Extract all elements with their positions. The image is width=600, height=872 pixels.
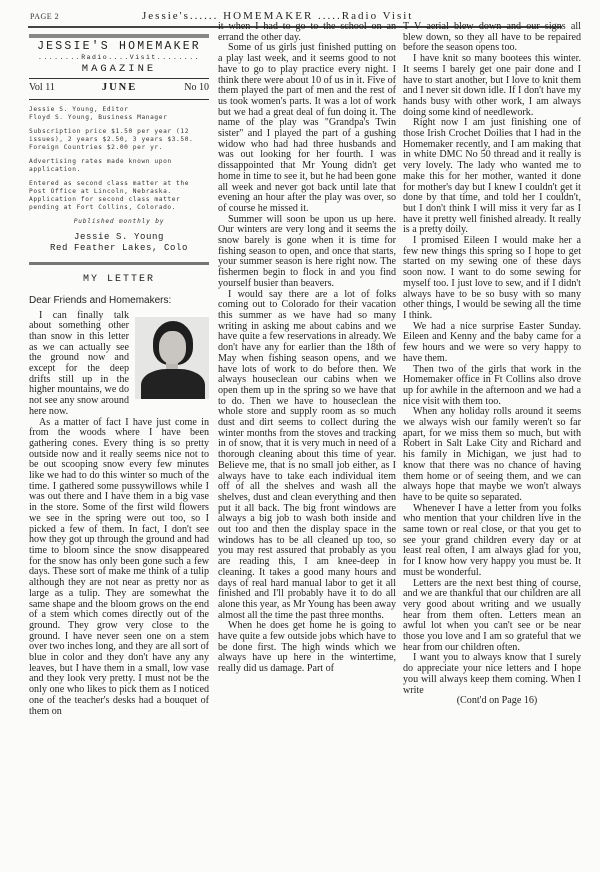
paragraph: it when I had to go to the school on an … xyxy=(218,22,396,43)
paragraph: When any holiday rolls around it seems w… xyxy=(403,407,581,503)
masthead-rule xyxy=(29,78,209,80)
business-manager: Floyd S. Young, Business Manager xyxy=(29,114,209,122)
issue-line: Vol 11 JUNE No 10 xyxy=(29,81,209,97)
section-title: MY LETTER xyxy=(29,275,209,286)
publisher-location: Red Feather Lakes, Colo xyxy=(29,243,209,254)
magazine-page: PAGE 2 Jessie's...... HOMEMAKER .....Rad… xyxy=(0,0,600,872)
volume: Vol 11 xyxy=(29,83,55,94)
issue-month: JUNE xyxy=(102,83,137,94)
paragraph: As a matter of fact I have just come in … xyxy=(29,418,209,718)
paragraph: T V aerial blew down and our signs all b… xyxy=(403,22,581,54)
author-photo xyxy=(135,317,209,399)
staff-list: Jessie S. Young, Editor Floyd S. Young, … xyxy=(29,106,209,122)
page-number: PAGE 2 xyxy=(30,12,59,21)
published-by: Published monthly by xyxy=(29,217,209,228)
paragraph: Some of us girls just finished putting o… xyxy=(218,43,396,214)
paragraph: We had a nice surprise Easter Sunday. Ei… xyxy=(403,322,581,365)
paragraph: Letters are the next best thing of cours… xyxy=(403,579,581,654)
masthead-magazine: MAGAZINE xyxy=(29,62,209,76)
postal-entry-info: Entered as second class matter at the Po… xyxy=(29,180,209,212)
masthead-rule xyxy=(29,99,209,101)
masthead-subtitle: ........Radio....Visit........ xyxy=(29,53,209,62)
paragraph: Right now I am just finishing one of tho… xyxy=(403,118,581,236)
paragraph: I would say there are a lot of folks com… xyxy=(218,290,396,622)
paragraph: I promised Eileen I would make her a few… xyxy=(403,236,581,322)
paragraph: I want you to always know that I surely … xyxy=(403,653,581,696)
publisher-name: Jessie S. Young xyxy=(29,232,209,243)
advertising-info: Advertising rates made known upon applic… xyxy=(29,158,209,174)
paragraph: When he does get home he is going to hav… xyxy=(218,621,396,675)
section-rule xyxy=(29,262,209,265)
editor: Jessie S. Young, Editor xyxy=(29,106,209,114)
paragraph: I have knit so many bootees this winter.… xyxy=(403,54,581,118)
continued-note: (Cont'd on Page 16) xyxy=(403,696,581,707)
article-body-left: I can finally talk about something other… xyxy=(29,311,209,718)
masthead-top-bar xyxy=(29,34,209,38)
middle-column: it when I had to go to the school on an … xyxy=(218,22,396,675)
paragraph: Whenever I have a letter from you folks … xyxy=(403,504,581,579)
subscription-info: Subscription price $1.50 per year (12 is… xyxy=(29,128,209,152)
salutation: Dear Friends and Homemakers: xyxy=(29,296,209,307)
paragraph: Then two of the girls that work in the H… xyxy=(403,365,581,408)
right-column: T V aerial blew down and our signs all b… xyxy=(403,22,581,707)
left-column: JESSIE'S HOMEMAKER ........Radio....Visi… xyxy=(29,30,209,717)
issue-number: No 10 xyxy=(184,83,209,94)
paragraph: Summer will soon be upon us up here. Our… xyxy=(218,215,396,290)
masthead-title: JESSIE'S HOMEMAKER xyxy=(29,42,209,53)
